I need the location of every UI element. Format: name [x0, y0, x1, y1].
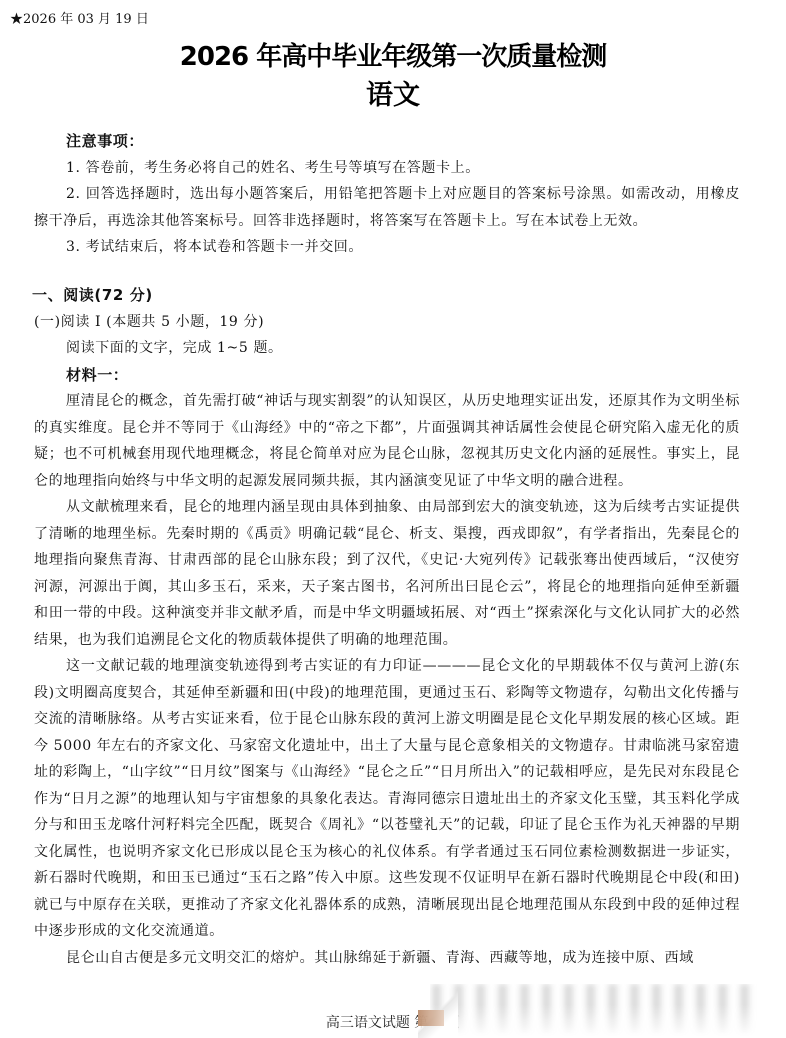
material-label: 材料一： — [34, 362, 740, 389]
exam-subject: 语文 — [0, 73, 786, 112]
page-curl-shadow — [418, 1010, 444, 1026]
body-paragraph: 昆仑山自古便是多元文明交汇的熔炉。其山脉绵延于新疆、青海、西藏等地，成为连接中原… — [34, 945, 740, 972]
exam-date: ★2026 年 03 月 19 日 — [10, 8, 149, 27]
body-paragraph: 这一文献记载的地理演变轨迹得到考古实证的有力印证————昆仑文化的早期载体不仅与… — [34, 653, 740, 945]
notice-item: 2. 回答选择题时，选出每小题答案后，用铅笔把答题卡上对应题目的答案标号涂黑。如… — [34, 181, 740, 234]
notice-item: 3. 考试结束后，将本试卷和答题卡一并交回。 — [34, 234, 740, 261]
body-paragraph: 厘清昆仑的概念，首先需打破“神话与现实割裂”的认知误区，从历史地理实证出发，还原… — [34, 388, 740, 494]
exam-title: 2026 年高中毕业年级第一次质量检测 — [0, 36, 786, 73]
blurred-text-overlay — [430, 984, 760, 1036]
body-paragraph: 从文献梳理来看，昆仑的地理内涵呈现由具体到抽象、由局部到宏大的演变轨迹，这为后续… — [34, 494, 740, 653]
section-heading: 一、阅读(72 分) — [32, 282, 740, 309]
notice-section: 注意事项： 1. 答卷前，考生务必将自己的姓名、考生号等填写在答题卡上。 2. … — [34, 128, 740, 261]
sub-section-heading: (一)阅读 I (本题共 5 小题，19 分) — [34, 309, 740, 336]
reading-section: 一、阅读(72 分) (一)阅读 I (本题共 5 小题，19 分) 阅读下面的… — [34, 282, 740, 971]
reading-instruction: 阅读下面的文字，完成 1~5 题。 — [34, 335, 740, 362]
exam-page: ★2026 年 03 月 19 日 2026 年高中毕业年级第一次质量检测 语文… — [0, 0, 786, 1038]
notice-heading: 注意事项： — [34, 128, 740, 155]
notice-item: 1. 答卷前，考生务必将自己的姓名、考生号等填写在答题卡上。 — [34, 155, 740, 182]
